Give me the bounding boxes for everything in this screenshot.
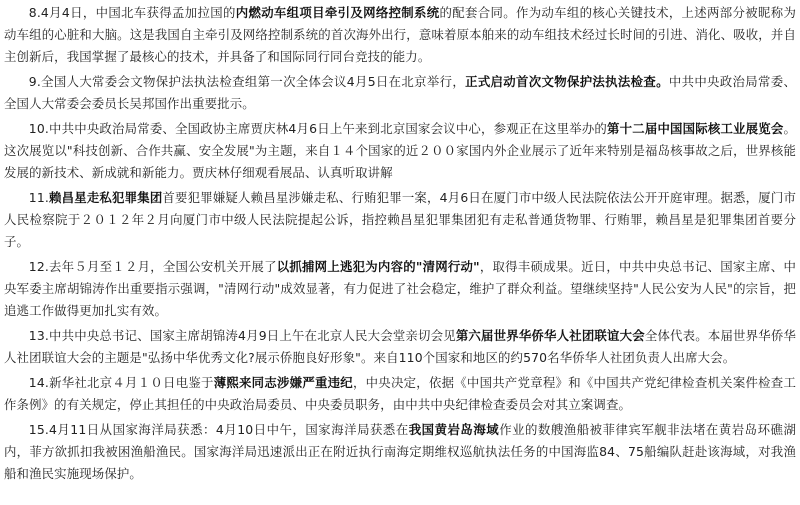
bold-highlight: 第十二届中国国际核工业展览会 (607, 121, 783, 136)
bold-highlight: 正式启动首次文物保护法执法检查。 (465, 74, 669, 89)
paragraph-15: 15.4月11日从国家海洋局获悉：4月10日中午，国家海洋局获悉在我国黄岩岛海域… (4, 419, 796, 485)
paragraph-11: 11.赖昌星走私犯罪集团首要犯罪嫌疑人赖昌星涉嫌走私、行贿犯罪一案，4月6日在厦… (4, 187, 796, 253)
paragraph-10: 10.中共中央政治局常委、全国政协主席贾庆林4月6日上午来到北京国家会议中心，参… (4, 118, 796, 184)
bold-highlight: 以抓捕网上逃犯为内容的"清网行动" (277, 259, 480, 274)
bold-highlight: 第六届世界华侨华人社团联谊大会 (456, 328, 645, 343)
paragraph-8: 8.4月4日，中国北车获得孟加拉国的内燃动车组项目牵引及网络控制系统的配套合同。… (4, 2, 796, 68)
paragraph-9: 9.全国人大常委会文物保护法执法检查组第一次全体会议4月5日在北京举行，正式启动… (4, 71, 796, 115)
text-segment: 13.中共中央总书记、国家主席胡锦涛4月9日上午在北京人民大会堂亲切会见 (29, 328, 456, 343)
text-segment: 8.4月4日，中国北车获得孟加拉国的 (29, 5, 236, 20)
paragraph-13: 13.中共中央总书记、国家主席胡锦涛4月9日上午在北京人民大会堂亲切会见第六届世… (4, 325, 796, 369)
bold-highlight: 薄熙来同志涉嫌严重违纪 (214, 375, 353, 390)
paragraph-12: 12.去年５月至１２月，全国公安机关开展了以抓捕网上逃犯为内容的"清网行动"，取… (4, 256, 796, 322)
text-segment: 12.去年５月至１２月，全国公安机关开展了 (29, 259, 277, 274)
paragraph-14: 14.新华社北京４月１０日电鉴于薄熙来同志涉嫌严重违纪，中央决定，依据《中国共产… (4, 372, 796, 416)
text-segment: 15.4月11日从国家海洋局获悉：4月10日中午，国家海洋局获悉在 (29, 422, 409, 437)
text-segment: 14.新华社北京４月１０日电鉴于 (29, 375, 214, 390)
text-segment: 10.中共中央政治局常委、全国政协主席贾庆林4月6日上午来到北京国家会议中心，参… (29, 121, 607, 136)
bold-highlight: 我国黄岩岛海域 (409, 422, 499, 437)
text-segment: 11. (29, 190, 49, 205)
text-segment: 9.全国人大常委会文物保护法执法检查组第一次全体会议4月5日在北京举行， (29, 74, 465, 89)
bold-highlight: 赖昌星走私犯罪集团 (49, 190, 162, 205)
news-document: 8.4月4日，中国北车获得孟加拉国的内燃动车组项目牵引及网络控制系统的配套合同。… (0, 0, 800, 485)
bold-highlight: 内燃动车组项目牵引及网络控制系统 (236, 5, 440, 20)
